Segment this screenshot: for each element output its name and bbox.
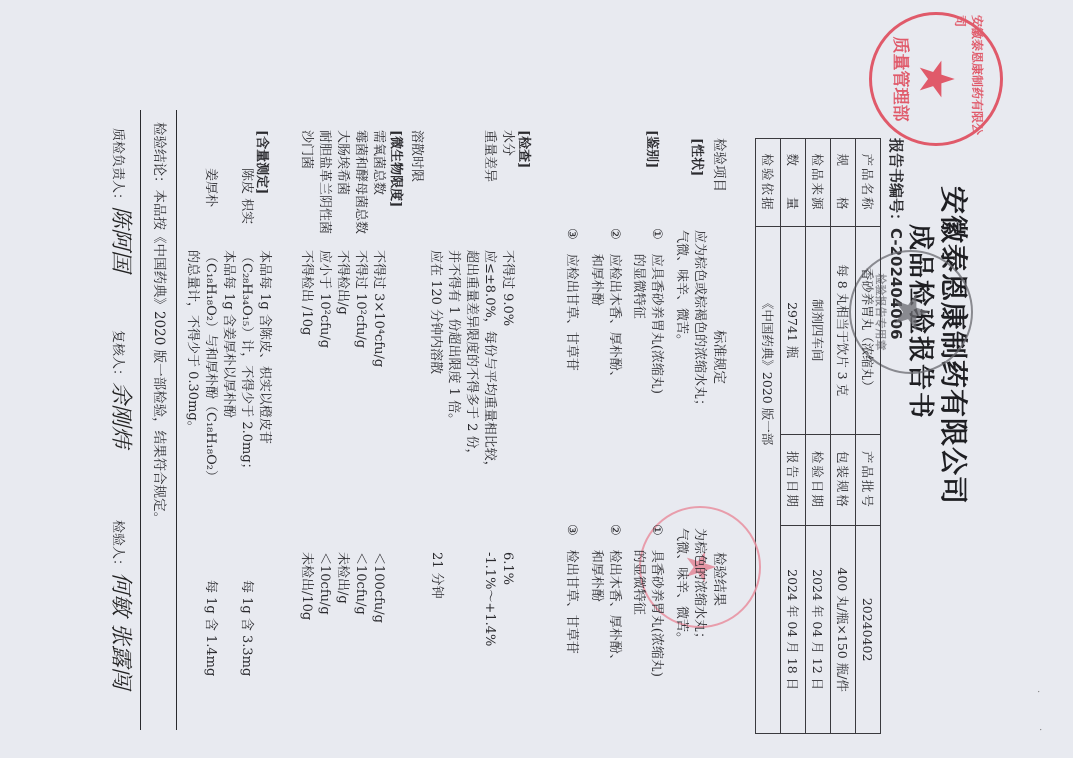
item-number: ③: [564, 228, 579, 240]
table-value: 400 丸/瓶×150 瓶/件: [831, 526, 856, 734]
section-microbial: [微生物限度]: [388, 130, 407, 207]
identification-3: ③ 应检出甘草、甘草苷: [562, 228, 580, 371]
table-value: 20240402: [856, 526, 881, 734]
qa-head-label: 质检负责人：: [110, 128, 125, 206]
table-label: 产品批号: [856, 434, 881, 526]
table-label: 规 格: [831, 139, 856, 227]
standard-line: 并不得有 1 份超出限度 1 倍。: [444, 250, 462, 474]
microbial-result: ＜10cfu/g: [315, 552, 333, 623]
table-label: 包装规格: [831, 434, 856, 526]
reviewer-sign: 余刚炜: [108, 382, 133, 448]
microbial-standards: 不得过 3×10⁴cfu/g 不得过 10²cfu/g 不得检出/g 应小于 1…: [297, 250, 387, 367]
table-value: 《中国药典》2020 版一部: [756, 226, 781, 733]
assay-result: 每 1g 含 3.3mg: [237, 580, 255, 676]
microbial-result: 未检出/10g: [297, 552, 315, 623]
assay-result: 每 1g 含 1.4mg: [201, 580, 219, 676]
inspection-result: -1.1%～+1.4%: [480, 552, 498, 646]
result-line: 气微、味辛、微苦。: [672, 528, 690, 645]
microbial-item: 沙门菌: [297, 130, 315, 234]
reviewer-label: 复核人：: [110, 330, 125, 382]
qa-head-sign: 陈阿国: [108, 206, 133, 272]
section-inspection: [检查]: [516, 130, 535, 168]
standard-line: 的总量计，不得少于 0.30mg。: [183, 250, 201, 483]
standard-line: 和厚朴酚: [587, 254, 605, 384]
table-row: 检验依据 《中国药典》2020 版一部: [756, 139, 781, 734]
microbial-standard: 不得检出 /10g: [297, 250, 315, 367]
microbial-standard: 不得过 3×10⁴cfu/g: [369, 250, 387, 367]
result-line: 的显微特征: [629, 550, 647, 677]
table-row: 数 量 29741 瓶 报告日期 2024 年 04 月 18 日: [781, 139, 806, 734]
result-line: 检出木香、厚朴酚、: [605, 550, 623, 667]
table-value: 2024 年 04 月 18 日: [781, 526, 806, 734]
inspection-report-page: · · ★ 安徽泰恩康制药有限公司 质量管理部 安徽泰恩康制药有限公司 成品检验…: [0, 0, 1073, 758]
standard-line: （C₁₈H₁₈O₂）与和厚朴酚（C₁₈H₁₈O₂）: [201, 250, 219, 483]
table-value: 制剂四车间: [806, 226, 831, 434]
product-info-table: 产品名称 香砂养胃丸（浓缩丸） 产品批号 20240402 规 格 每 8 丸相…: [755, 138, 881, 734]
qa-head-signature: 质检负责人：陈阿国: [108, 128, 129, 272]
identification-2: ② 应检出木香、厚朴酚、 和厚朴酚: [587, 228, 623, 384]
standard-line: 气微、味辛、微苦。: [672, 230, 690, 412]
standard-line: 的显微特征: [629, 254, 647, 394]
item-number: ③: [564, 524, 579, 536]
section-properties: [性状]: [689, 138, 708, 176]
item-number: ②: [607, 228, 622, 240]
scan-speck: ·: [1032, 690, 1043, 693]
identification-1-result: ① 具香砂养胃丸(浓缩丸) 的显微特征: [629, 524, 665, 677]
microbial-results: ＜100cfu/g ＜10cfu/g 未检出/g ＜10cfu/g 未检出/10…: [297, 552, 387, 623]
microbial-result: 未检出/g: [333, 552, 351, 623]
conclusion: 检验结论：本品按《中国药典》2020 版一部检验，结果符合规定。: [150, 122, 168, 525]
inspection-item: 重量差异: [480, 130, 498, 182]
inspector-label: 检验人：: [110, 520, 125, 572]
star-icon: ★: [887, 290, 935, 333]
scan-speck: ·: [1034, 728, 1045, 731]
standard-line: 应检出甘草、甘草苷: [564, 254, 579, 371]
standard-line: 应检出木香、厚朴酚、: [605, 254, 623, 384]
table-row: 检品来源 制剂四车间 检验日期 2024 年 04 月 12 日: [806, 139, 831, 734]
microbial-result: ＜100cfu/g: [369, 552, 387, 623]
standard-line: 不得过 9.0%: [498, 250, 516, 474]
standard-line: 本品每 1g 含姜厚朴以厚朴酚: [219, 250, 237, 483]
inspection-result: 21 分钟: [427, 552, 445, 599]
microbial-items: 需氧菌总数 霉菌和酵母菌总数 大肠埃希菌 耐胆盐革兰阴性菌 沙门菌: [297, 130, 387, 234]
table-label: 数 量: [781, 139, 806, 227]
header-standard: 标准规定: [711, 330, 731, 384]
standard-line: （C₂₈H₃₄O₁₅）计，不得少于 2.0mg；: [237, 250, 255, 483]
inspection-standard: 不得过 9.0% 应≤±8.0%，每份与平均重量相比较， 超出重量差异限度的不得…: [426, 250, 516, 474]
table-value: 29741 瓶: [781, 226, 806, 434]
section-identification: [鉴别]: [644, 130, 663, 168]
item-number: ①: [649, 228, 664, 240]
identification-3-result: ③ 检出甘草、甘草苷: [562, 524, 580, 654]
table-label: 检验日期: [806, 434, 831, 526]
inspection-result: 6.1%: [498, 552, 516, 585]
assay-standard: 本品每 1g 含陈皮、枳实以橙皮苷 （C₂₈H₃₄O₁₅）计，不得少于 2.0m…: [183, 250, 273, 483]
table-label: 报告日期: [781, 434, 806, 526]
divider: [176, 110, 177, 730]
item-number: ①: [649, 524, 664, 536]
result-line: 具香砂养胃丸(浓缩丸): [647, 550, 665, 677]
inspector-signature: 检验人：何敏 张露闯: [108, 520, 129, 689]
table-row: 规 格 每 8 丸相当于饮片 3 克 包装规格 400 丸/瓶×150 瓶/件: [831, 139, 856, 734]
stamp-bottom-text: 质量管理部: [890, 37, 915, 122]
item-number: ②: [607, 524, 622, 536]
properties-result: 为棕色的浓缩水丸； 气微、味辛、微苦。: [672, 528, 708, 645]
standard-line: 应为棕色或棕褐色的浓缩水丸；: [690, 230, 708, 412]
microbial-standard: 应小于 10²cfu/g: [315, 250, 333, 367]
assay-item: 陈皮 枳实: [237, 168, 255, 224]
table-label: 产品名称: [856, 139, 881, 227]
result-line: 为棕色的浓缩水丸；: [690, 528, 708, 645]
report-number-label: 报告书编号：: [887, 138, 905, 228]
standard-line: 本品每 1g 含陈皮、枳实以橙皮苷: [255, 250, 273, 483]
identification-2-result: ② 检出木香、厚朴酚、 和厚朴酚: [587, 524, 623, 667]
microbial-item: 大肠埃希菌: [333, 130, 351, 234]
assay-item: 姜厚朴: [201, 168, 219, 207]
table-label: 检品来源: [806, 139, 831, 227]
divider: [140, 110, 141, 730]
table-value: 香砂养胃丸（浓缩丸）: [856, 226, 881, 434]
inspector-sign: 何敏 张露闯: [108, 572, 133, 689]
reviewer-signature: 复核人：余刚炜: [108, 330, 129, 448]
standard-line: 应在 120 分钟内溶散: [426, 250, 444, 474]
inspection-item: 水分: [498, 130, 516, 156]
standard-line: 应具香砂养胃丸(浓缩丸): [647, 254, 665, 394]
inspection-item: 溶散时限: [407, 130, 425, 182]
result-line: 和厚朴酚: [587, 550, 605, 667]
header-item: 检验项目: [711, 138, 731, 192]
microbial-item: 霉菌和酵母菌总数: [351, 130, 369, 234]
section-assay: [含量测定]: [254, 130, 273, 194]
stamp-top-text: 安徽泰恩康制药有限公司: [952, 15, 986, 143]
microbial-item: 耐胆盐革兰阴性菌: [315, 130, 333, 234]
result-line: 检出甘草、甘草苷: [564, 550, 579, 654]
microbial-standard: 不得过 10²cfu/g: [351, 250, 369, 367]
properties-standard: 应为棕色或棕褐色的浓缩水丸； 气微、味辛、微苦。: [672, 230, 708, 412]
microbial-item: 需氧菌总数: [369, 130, 387, 234]
table-value: 2024 年 04 月 12 日: [806, 526, 831, 734]
standard-line: 应≤±8.0%，每份与平均重量相比较，: [480, 250, 498, 474]
identification-1: ① 应具香砂养胃丸(浓缩丸) 的显微特征: [629, 228, 665, 394]
standard-line: 超出重量差异限度的不得多于 2 份，: [462, 250, 480, 474]
table-label: 检验依据: [756, 139, 781, 227]
table-value: 每 8 丸相当于饮片 3 克: [831, 226, 856, 434]
microbial-result: ＜10cfu/g: [351, 552, 369, 623]
microbial-standard: 不得检出/g: [333, 250, 351, 367]
qa-department-stamp: ★ 安徽泰恩康制药有限公司 质量管理部: [869, 12, 1003, 146]
table-row: 产品名称 香砂养胃丸（浓缩丸） 产品批号 20240402: [856, 139, 881, 734]
